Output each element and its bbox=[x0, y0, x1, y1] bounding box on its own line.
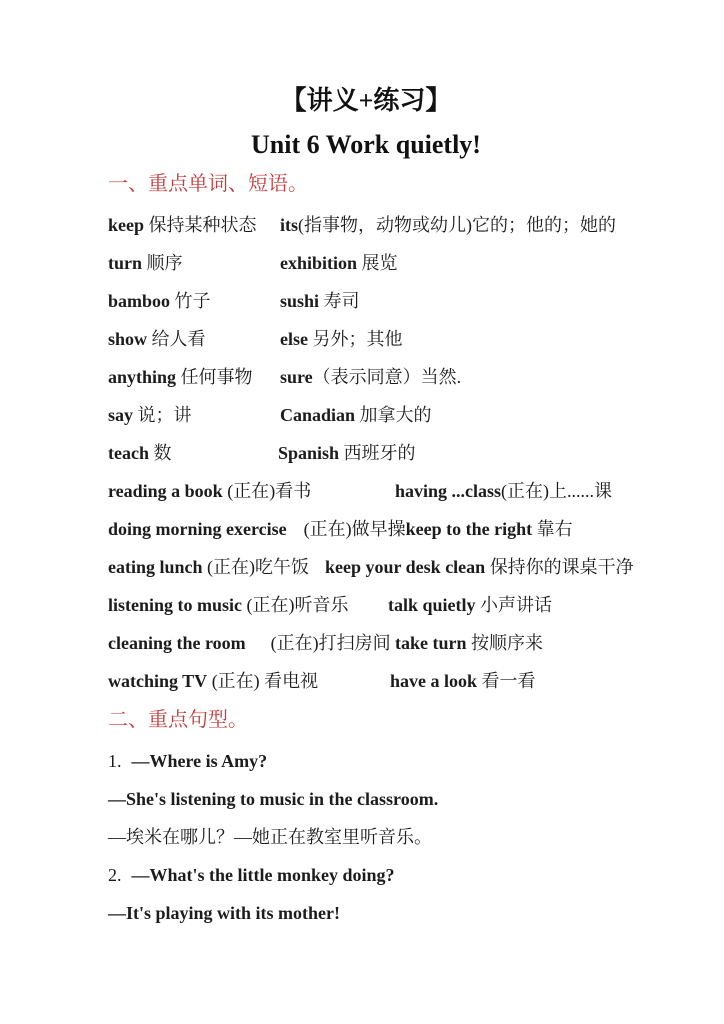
section-heading-sentences: 二、重点句型。 bbox=[108, 708, 624, 732]
sentence-text: —What's the little monkey doing? bbox=[132, 865, 395, 885]
vocab-word: sushi bbox=[280, 291, 319, 311]
vocab-entry: cleaning the room(正在)打扫房间 bbox=[108, 632, 395, 654]
vocab-meaning: 数 bbox=[149, 443, 172, 463]
vocab-row: show 给人看 else 另外；其他 bbox=[108, 328, 624, 350]
document-page: 【讲义+练习】 Unit 6 Work quietly! 一、重点单词、短语。 … bbox=[0, 0, 724, 1024]
vocab-word: keep to the right bbox=[406, 519, 532, 539]
sentence-number: 2. bbox=[108, 865, 122, 885]
sentence-list: 1.—Where is Amy? —She's listening to mus… bbox=[108, 750, 624, 924]
vocab-meaning: 看一看 bbox=[477, 671, 536, 691]
vocab-word: talk quietly bbox=[388, 595, 476, 615]
vocab-row: say 说；讲 Canadian 加拿大的 bbox=[108, 404, 624, 426]
vocab-meaning: 加拿大的 bbox=[355, 405, 432, 425]
vocab-word: Spanish bbox=[278, 443, 339, 463]
sentence-line: 2.—What's the little monkey doing? bbox=[108, 864, 624, 886]
vocab-meaning: (正在)吃午饭 bbox=[203, 557, 310, 577]
vocab-meaning: 靠右 bbox=[532, 519, 573, 539]
sentence-line: —She's listening to music in the classro… bbox=[108, 788, 624, 810]
vocab-word: listening to music bbox=[108, 595, 242, 615]
vocab-entry: sushi 寿司 bbox=[280, 290, 360, 312]
vocab-row: keep 保持某种状态 its(指事物，动物或幼儿)它的；他的；她的 bbox=[108, 214, 624, 236]
vocab-row: reading a book (正在)看书 having ...class(正在… bbox=[108, 480, 624, 502]
vocab-entry: bamboo 竹子 bbox=[108, 290, 280, 312]
vocab-word: bamboo bbox=[108, 291, 170, 311]
vocab-meaning: 给人看 bbox=[147, 329, 206, 349]
vocab-word: watching TV bbox=[108, 671, 207, 691]
vocab-meaning: 按顺序来 bbox=[467, 633, 544, 653]
vocab-entry: keep 保持某种状态 bbox=[108, 214, 280, 236]
vocab-row: doing morning exercise(正在)做早操 keep to th… bbox=[108, 518, 624, 540]
vocab-meaning: (正在)做早操 bbox=[304, 519, 406, 539]
vocab-meaning: 另外；其他 bbox=[308, 329, 403, 349]
vocab-entry: having ...class(正在)上......课 bbox=[395, 480, 612, 502]
vocab-word: have a look bbox=[390, 671, 477, 691]
vocab-meaning: 保持某种状态 bbox=[144, 215, 257, 235]
vocab-meaning: 竹子 bbox=[170, 291, 211, 311]
unit-title: Unit 6 Work quietly! bbox=[108, 130, 624, 160]
sentence-translation: —埃米在哪儿？—她正在教室里听音乐。 bbox=[108, 827, 432, 847]
vocab-word: teach bbox=[108, 443, 149, 463]
vocab-word: doing morning exercise bbox=[108, 519, 287, 539]
vocab-word: Canadian bbox=[280, 405, 355, 425]
vocab-meaning: (正在)听音乐 bbox=[242, 595, 349, 615]
vocab-entry: exhibition 展览 bbox=[280, 252, 398, 274]
vocab-entry: say 说；讲 bbox=[108, 404, 280, 426]
vocab-list: keep 保持某种状态 its(指事物，动物或幼儿)它的；他的；她的 turn … bbox=[108, 214, 624, 692]
vocab-entry: teach 数 bbox=[108, 442, 278, 464]
vocab-entry: listening to music (正在)听音乐 bbox=[108, 594, 388, 616]
vocab-entry: anything 任何事物 bbox=[108, 366, 280, 388]
vocab-meaning: 任何事物 bbox=[176, 367, 253, 387]
vocab-entry: watching TV (正在) 看电视 bbox=[108, 670, 390, 692]
vocab-meaning: (正在) 看电视 bbox=[207, 671, 318, 691]
vocab-entry: take turn 按顺序来 bbox=[395, 632, 543, 654]
vocab-row: cleaning the room(正在)打扫房间 take turn 按顺序来 bbox=[108, 632, 624, 654]
vocab-meaning: (正在)打扫房间 bbox=[271, 633, 391, 653]
vocab-word: show bbox=[108, 329, 147, 349]
vocab-word: else bbox=[280, 329, 308, 349]
vocab-word: reading a book bbox=[108, 481, 223, 501]
sentence-line: —It's playing with its mother! bbox=[108, 902, 624, 924]
sentence-line: —埃米在哪儿？—她正在教室里听音乐。 bbox=[108, 826, 624, 848]
vocab-word: keep bbox=[108, 215, 144, 235]
vocab-entry: show 给人看 bbox=[108, 328, 280, 350]
document-title: 【讲义+练习】 bbox=[108, 86, 624, 116]
vocab-row: bamboo 竹子 sushi 寿司 bbox=[108, 290, 624, 312]
vocab-entry: doing morning exercise(正在)做早操 bbox=[108, 518, 406, 540]
vocab-entry: eating lunch (正在)吃午饭 bbox=[108, 556, 325, 578]
vocab-meaning: 寿司 bbox=[319, 291, 360, 311]
vocab-meaning: 顺序 bbox=[142, 253, 183, 273]
vocab-row: teach 数 Spanish 西班牙的 bbox=[108, 442, 624, 464]
sentence-number: 1. bbox=[108, 751, 122, 771]
vocab-word: turn bbox=[108, 253, 142, 273]
vocab-meaning: (指事物，动物或幼儿)它的；他的；她的 bbox=[298, 215, 616, 235]
vocab-row: listening to music (正在)听音乐 talk quietly … bbox=[108, 594, 624, 616]
vocab-word: its bbox=[280, 215, 298, 235]
vocab-entry: sure（表示同意）当然. bbox=[280, 366, 461, 388]
vocab-word: having ...class bbox=[395, 481, 501, 501]
vocab-word: exhibition bbox=[280, 253, 357, 273]
vocab-row: turn 顺序 exhibition 展览 bbox=[108, 252, 624, 274]
vocab-entry: else 另外；其他 bbox=[280, 328, 402, 350]
vocab-entry: keep to the right 靠右 bbox=[406, 518, 573, 540]
vocab-word: anything bbox=[108, 367, 176, 387]
vocab-entry: turn 顺序 bbox=[108, 252, 280, 274]
vocab-word: say bbox=[108, 405, 133, 425]
vocab-row: anything 任何事物 sure（表示同意）当然. bbox=[108, 366, 624, 388]
vocab-entry: its(指事物，动物或幼儿)它的；他的；她的 bbox=[280, 214, 616, 236]
vocab-meaning: 展览 bbox=[357, 253, 398, 273]
vocab-meaning: 说；讲 bbox=[133, 405, 192, 425]
vocab-meaning: 西班牙的 bbox=[339, 443, 416, 463]
sentence-text: —Where is Amy? bbox=[132, 751, 268, 771]
sentence-line: 1.—Where is Amy? bbox=[108, 750, 624, 772]
vocab-entry: keep your desk clean 保持你的课桌干净 bbox=[325, 556, 634, 578]
vocab-entry: Spanish 西班牙的 bbox=[278, 442, 416, 464]
vocab-word: sure bbox=[280, 367, 313, 387]
vocab-entry: reading a book (正在)看书 bbox=[108, 480, 395, 502]
sentence-text: —She's listening to music in the classro… bbox=[108, 789, 438, 809]
sentence-text: —It's playing with its mother! bbox=[108, 903, 340, 923]
vocab-meaning: 小声讲话 bbox=[476, 595, 553, 615]
vocab-row: eating lunch (正在)吃午饭 keep your desk clea… bbox=[108, 556, 624, 578]
vocab-meaning: (正在)上......课 bbox=[501, 481, 612, 501]
section-heading-vocab: 一、重点单词、短语。 bbox=[108, 172, 624, 196]
vocab-entry: have a look 看一看 bbox=[390, 670, 536, 692]
vocab-entry: Canadian 加拿大的 bbox=[280, 404, 432, 426]
vocab-meaning: (正在)看书 bbox=[223, 481, 312, 501]
vocab-meaning: 保持你的课桌干净 bbox=[485, 557, 634, 577]
vocab-row: watching TV (正在) 看电视 have a look 看一看 bbox=[108, 670, 624, 692]
vocab-word: take turn bbox=[395, 633, 467, 653]
vocab-word: keep your desk clean bbox=[325, 557, 485, 577]
vocab-entry: talk quietly 小声讲话 bbox=[388, 594, 552, 616]
vocab-word: eating lunch bbox=[108, 557, 203, 577]
vocab-meaning: （表示同意）当然. bbox=[313, 367, 462, 387]
vocab-word: cleaning the room bbox=[108, 633, 246, 653]
